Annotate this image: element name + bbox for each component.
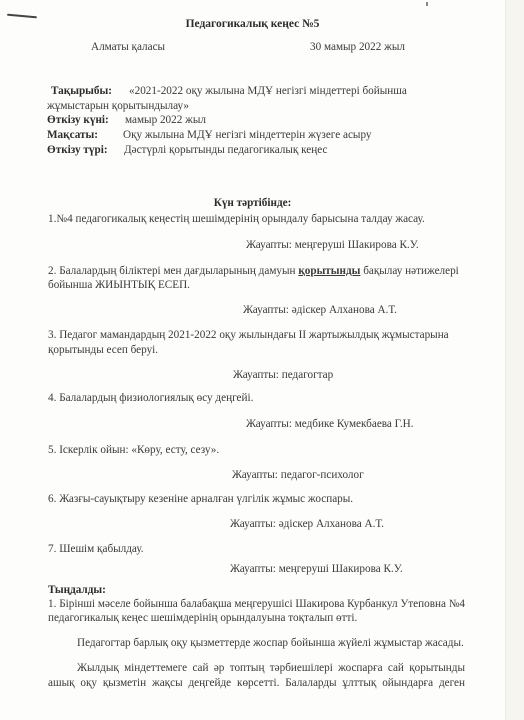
scan-edge [505,0,524,720]
agenda-item-3: 3. Педагог мамандардың 2021-2022 оқу жыл… [48,329,449,342]
topic-label: Тақырыбы: [51,85,112,98]
type-label: Өткізу түрі: [47,144,108,157]
heard-paragraph-1-line-2: педагогикалық кеңес шешімдерінің орындал… [48,612,357,625]
heard-paragraph-1-line-1: 1. Бірінші мәселе бойынша балабақша меңг… [48,598,465,611]
heard-paragraph-3-line-1: Жылдық міндеттемеге сай әр топтың тәрбие… [77,662,465,675]
date-value: мамыр 2022 жыл [125,114,206,127]
agenda-item-2-line-2: бойынша ЖИЫНТЫҚ ЕСЕП. [48,279,190,292]
agenda-responsible-4: Жауапты: медбике Кумекбаева Г.Н. [246,418,414,431]
topic-line-2: жұмыстарын қорытындылау» [47,100,189,113]
goal-value: Оқу жылына МДҰ негізгі міндеттерін жүзег… [123,129,371,142]
agenda-item-7: 7. Шешім қабылдау. [48,543,144,556]
agenda-item-4: 4. Балалардың физиологиялық өсу деңгейі. [48,392,253,405]
agenda-item-2: 2. Балалардың біліктері мен дағдыларының… [48,265,459,278]
document-page: Педагогикалық кеңес №5 Алматы қаласы 30 … [0,0,505,720]
agenda-responsible-6: Жауапты: әдіскер Алханова А.Т. [230,518,384,531]
agenda-item-2-post: бақылау нәтижелері [360,265,458,277]
agenda-item-3-line-2: қорытынды есеп беруі. [48,344,158,357]
document-date: 30 мамыр 2022 жыл [310,41,405,54]
type-value: Дәстүрлі қорытынды педагогикалық кеңес [124,144,327,157]
agenda-responsible-2: Жауапты: әдіскер Алханова А.Т. [243,304,397,317]
city: Алматы қаласы [91,41,165,54]
scan-speck [426,2,428,6]
agenda-item-5: 5. Іскерлік ойын: «Көру, есту, сезу». [48,444,219,457]
agenda-responsible-3: Жауапты: педагогтар [233,369,333,382]
goal-label: Мақсаты: [47,129,98,142]
heard-paragraph-2: Педагогтар барлық оқу қызметтерде жоспар… [77,637,464,650]
agenda-item-2-pre: 2. Балалардың біліктері мен дағдыларының… [48,265,298,277]
topic-line-1: «2021-2022 оқу жылына МДҰ негізгі міндет… [129,85,407,98]
agenda-responsible-7: Жауапты: меңгеруші Шакирова К.У. [230,563,403,576]
heard-paragraph-3-line-2: ашық оқу қызметін жақсы деңгейде көрсетт… [48,677,465,690]
agenda-item-2-emphasis: қорытынды [298,265,360,277]
document-title: Педагогикалық кеңес №5 [0,18,505,31]
agenda-heading: Күн тәртібінде: [0,197,505,210]
agenda-responsible-1: Жауапты: меңгеруші Шакирова К.У. [246,239,419,252]
agenda-item-1: 1.№4 педагогикалық кеңестің шешімдерінің… [48,213,425,226]
date-label: Өткізу күні: [47,114,109,127]
agenda-item-6: 6. Жазғы-сауықтыру кезеніне арналған үлг… [48,493,353,506]
agenda-responsible-5: Жауапты: педагог-психолог [232,469,364,482]
heard-heading: Тыңдалды: [48,584,106,597]
